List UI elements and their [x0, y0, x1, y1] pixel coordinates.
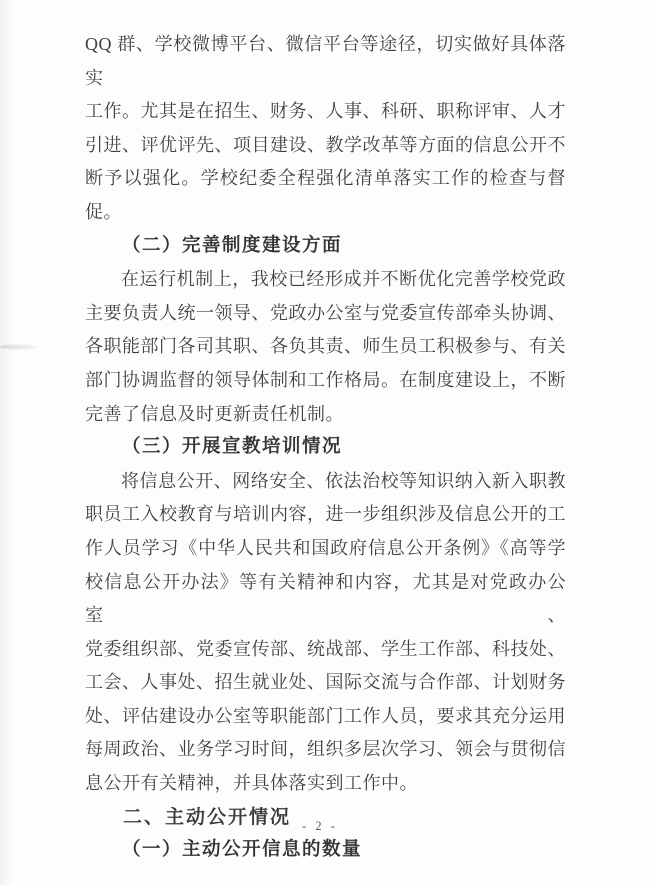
body-line: 职员工入校教育与培训内容，进一步组织涉及信息公开的工 [85, 498, 566, 532]
body-line: 促。 [85, 196, 566, 230]
body-line: 在运行机制上，我校已经形成并不断优化完善学校党政 [85, 263, 566, 297]
body-line: 将信息公开、网络安全、依法治校等知识纳入新入职教 [85, 465, 566, 499]
scan-artifact [0, 344, 36, 350]
heading-section-1-disclosure-quantity: （一）主动公开信息的数量 [85, 834, 566, 868]
body-line: 处、评估建设办公室等职能部门工作人员，要求其充分运用 [85, 700, 566, 734]
body-line: 校信息公开办法》等有关精神和内容，尤其是对党政办公室、 [85, 566, 566, 633]
body-line: 主要负责人统一领导、党政办公室与党委宣传部牵头协调、 [85, 297, 566, 331]
page-number: - 2 - [0, 819, 650, 834]
body-line: 每周政治、业务学习时间，组织多层次学习、领会与贯彻信 [85, 733, 566, 767]
body-line: 部门协调监督的领导体制和工作格局。在制度建设上，不断 [85, 364, 566, 398]
scan-edge-shadow [0, 0, 12, 885]
body-line: 各职能部门各司其职、各负其责、师生员工积极参与、有关 [85, 330, 566, 364]
body-line: 工作。尤其是在招生、财务、人事、科研、职称评审、人才 [85, 95, 566, 129]
body-line: 息公开有关精神，并具体落实到工作中。 [85, 767, 566, 801]
body-line: QQ 群、学校微博平台、微信平台等途径，切实做好具体落实 [85, 28, 566, 95]
paragraph-implementation: QQ 群、学校微博平台、微信平台等途径，切实做好具体落实 工作。尤其是在招生、财… [85, 28, 566, 230]
body-line: 党委组织部、党委宣传部、统战部、学生工作部、科技处、 [85, 633, 566, 667]
paragraph-mechanism: 在运行机制上，我校已经形成并不断优化完善学校党政 主要负责人统一领导、党政办公室… [85, 263, 566, 431]
body-line: 完善了信息及时更新责任机制。 [85, 398, 566, 432]
body-line: 工会、人事处、招生就业处、国际交流与合作部、计划财务 [85, 666, 566, 700]
document-page: QQ 群、学校微博平台、微信平台等途径，切实做好具体落实 工作。尤其是在招生、财… [0, 0, 650, 885]
heading-section-2-system-building: （二）完善制度建设方面 [85, 230, 566, 264]
text-block: QQ 群、学校微博平台、微信平台等途径，切实做好具体落实 工作。尤其是在招生、财… [85, 28, 566, 868]
body-line: 引进、评优评先、项目建设、教学改革等方面的信息公开不 [85, 129, 566, 163]
paragraph-training: 将信息公开、网络安全、依法治校等知识纳入新入职教 职员工入校教育与培训内容，进一… [85, 465, 566, 801]
body-line: 断予以强化。学校纪委全程强化清单落实工作的检查与督 [85, 162, 566, 196]
body-line: 作人员学习《中华人民共和国政府信息公开条例》《高等学 [85, 532, 566, 566]
heading-section-3-training: （三）开展宣教培训情况 [85, 431, 566, 465]
